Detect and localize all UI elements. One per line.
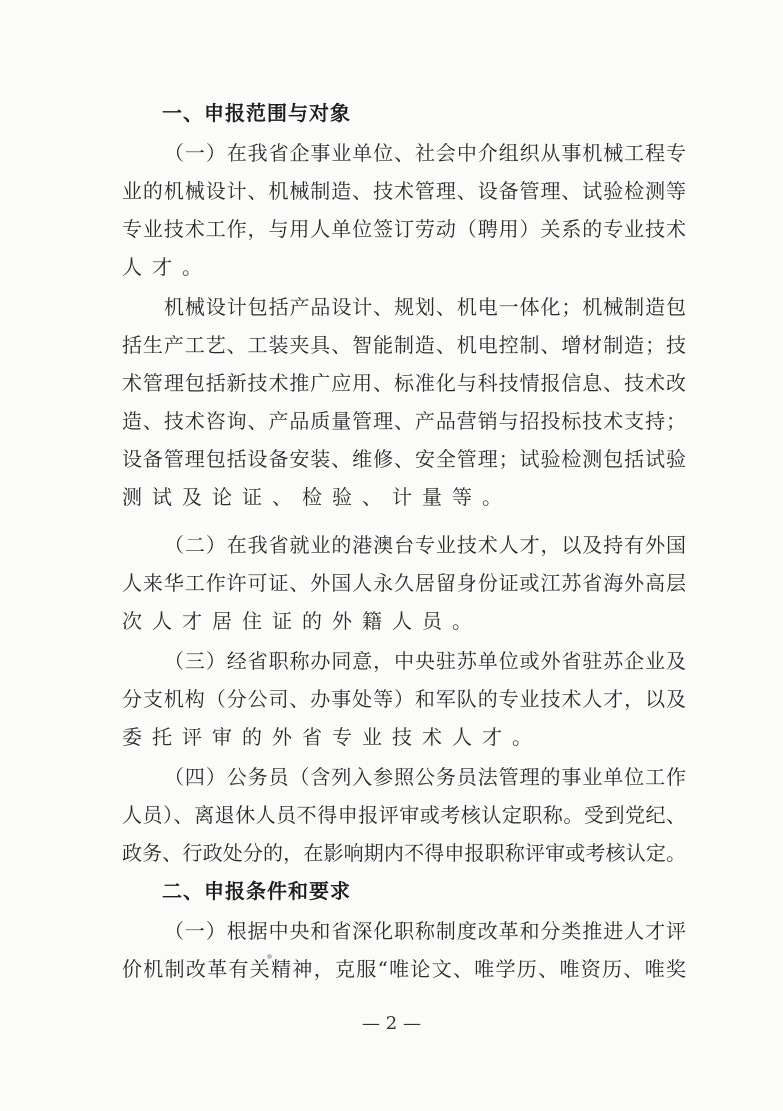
paragraph-line: 括生产工艺、工装夹具、智能制造、机电控制、增材制造；技 — [122, 330, 686, 360]
paragraph-line: 人才。 — [122, 252, 686, 282]
paragraph-line: 委托评审的外省专业技术人才。 — [122, 722, 686, 752]
paragraph-line: 业的机械设计、机械制造、技术管理、设备管理、试验检测等 — [122, 176, 686, 206]
paragraph-line: （一）在我省企事业单位、社会中介组织从事机械工程专 — [164, 138, 686, 168]
paragraph-line: （四）公务员（含列入参照公务员法管理的事业单位工作 — [164, 762, 686, 792]
paragraph-line: 专业技术工作，与用人单位签订劳动（聘用）关系的专业技术 — [122, 214, 686, 244]
section-heading-2: 二、申报条件和要求 — [162, 876, 351, 906]
paragraph-line: 政务、行政处分的，在影响期内不得申报职称评审或考核认定。 — [122, 838, 686, 868]
scan-speck — [267, 954, 272, 959]
paragraph-line: 设备管理包括设备安装、维修、安全管理；试验检测包括试验 — [122, 444, 686, 474]
paragraph-line: 次人才居住证的外籍人员。 — [122, 606, 686, 636]
document-page: 一、申报范围与对象 （一）在我省企事业单位、社会中介组织从事机械工程专 业的机械… — [0, 0, 783, 1111]
paragraph-line: 人来华工作许可证、外国人永久居留身份证或江苏省海外高层 — [122, 568, 686, 598]
paragraph-line: 造、技术咨询、产品质量管理、产品营销与招投标技术支持； — [122, 406, 686, 436]
paragraph-line: 人员）、离退休人员不得申报评审或考核认定职称。受到党纪、 — [122, 800, 686, 830]
paragraph-line: （二）在我省就业的港澳台专业技术人才，以及持有外国 — [164, 530, 686, 560]
section-heading-1: 一、申报范围与对象 — [162, 98, 351, 128]
paragraph-line: 机械设计包括产品设计、规划、机电一体化；机械制造包 — [164, 292, 686, 322]
paragraph-line: （一）根据中央和省深化职称制度改革和分类推进人才评 — [164, 916, 686, 946]
paragraph-line: 分支机构（分公司、办事处等）和军队的专业技术人才，以及 — [122, 684, 686, 714]
paragraph-line: 术管理包括新技术推广应用、标准化与科技情报信息、技术改 — [122, 368, 686, 398]
paragraph-line: 测试及论证、检验、计量等。 — [122, 482, 686, 512]
paragraph-line: 价机制改革有关精神，克服“唯论文、唯学历、唯资历、唯奖 — [122, 954, 686, 984]
paragraph-line: （三）经省职称办同意，中央驻苏单位或外省驻苏企业及 — [164, 646, 686, 676]
page-number: — 2 — — [0, 1012, 783, 1036]
